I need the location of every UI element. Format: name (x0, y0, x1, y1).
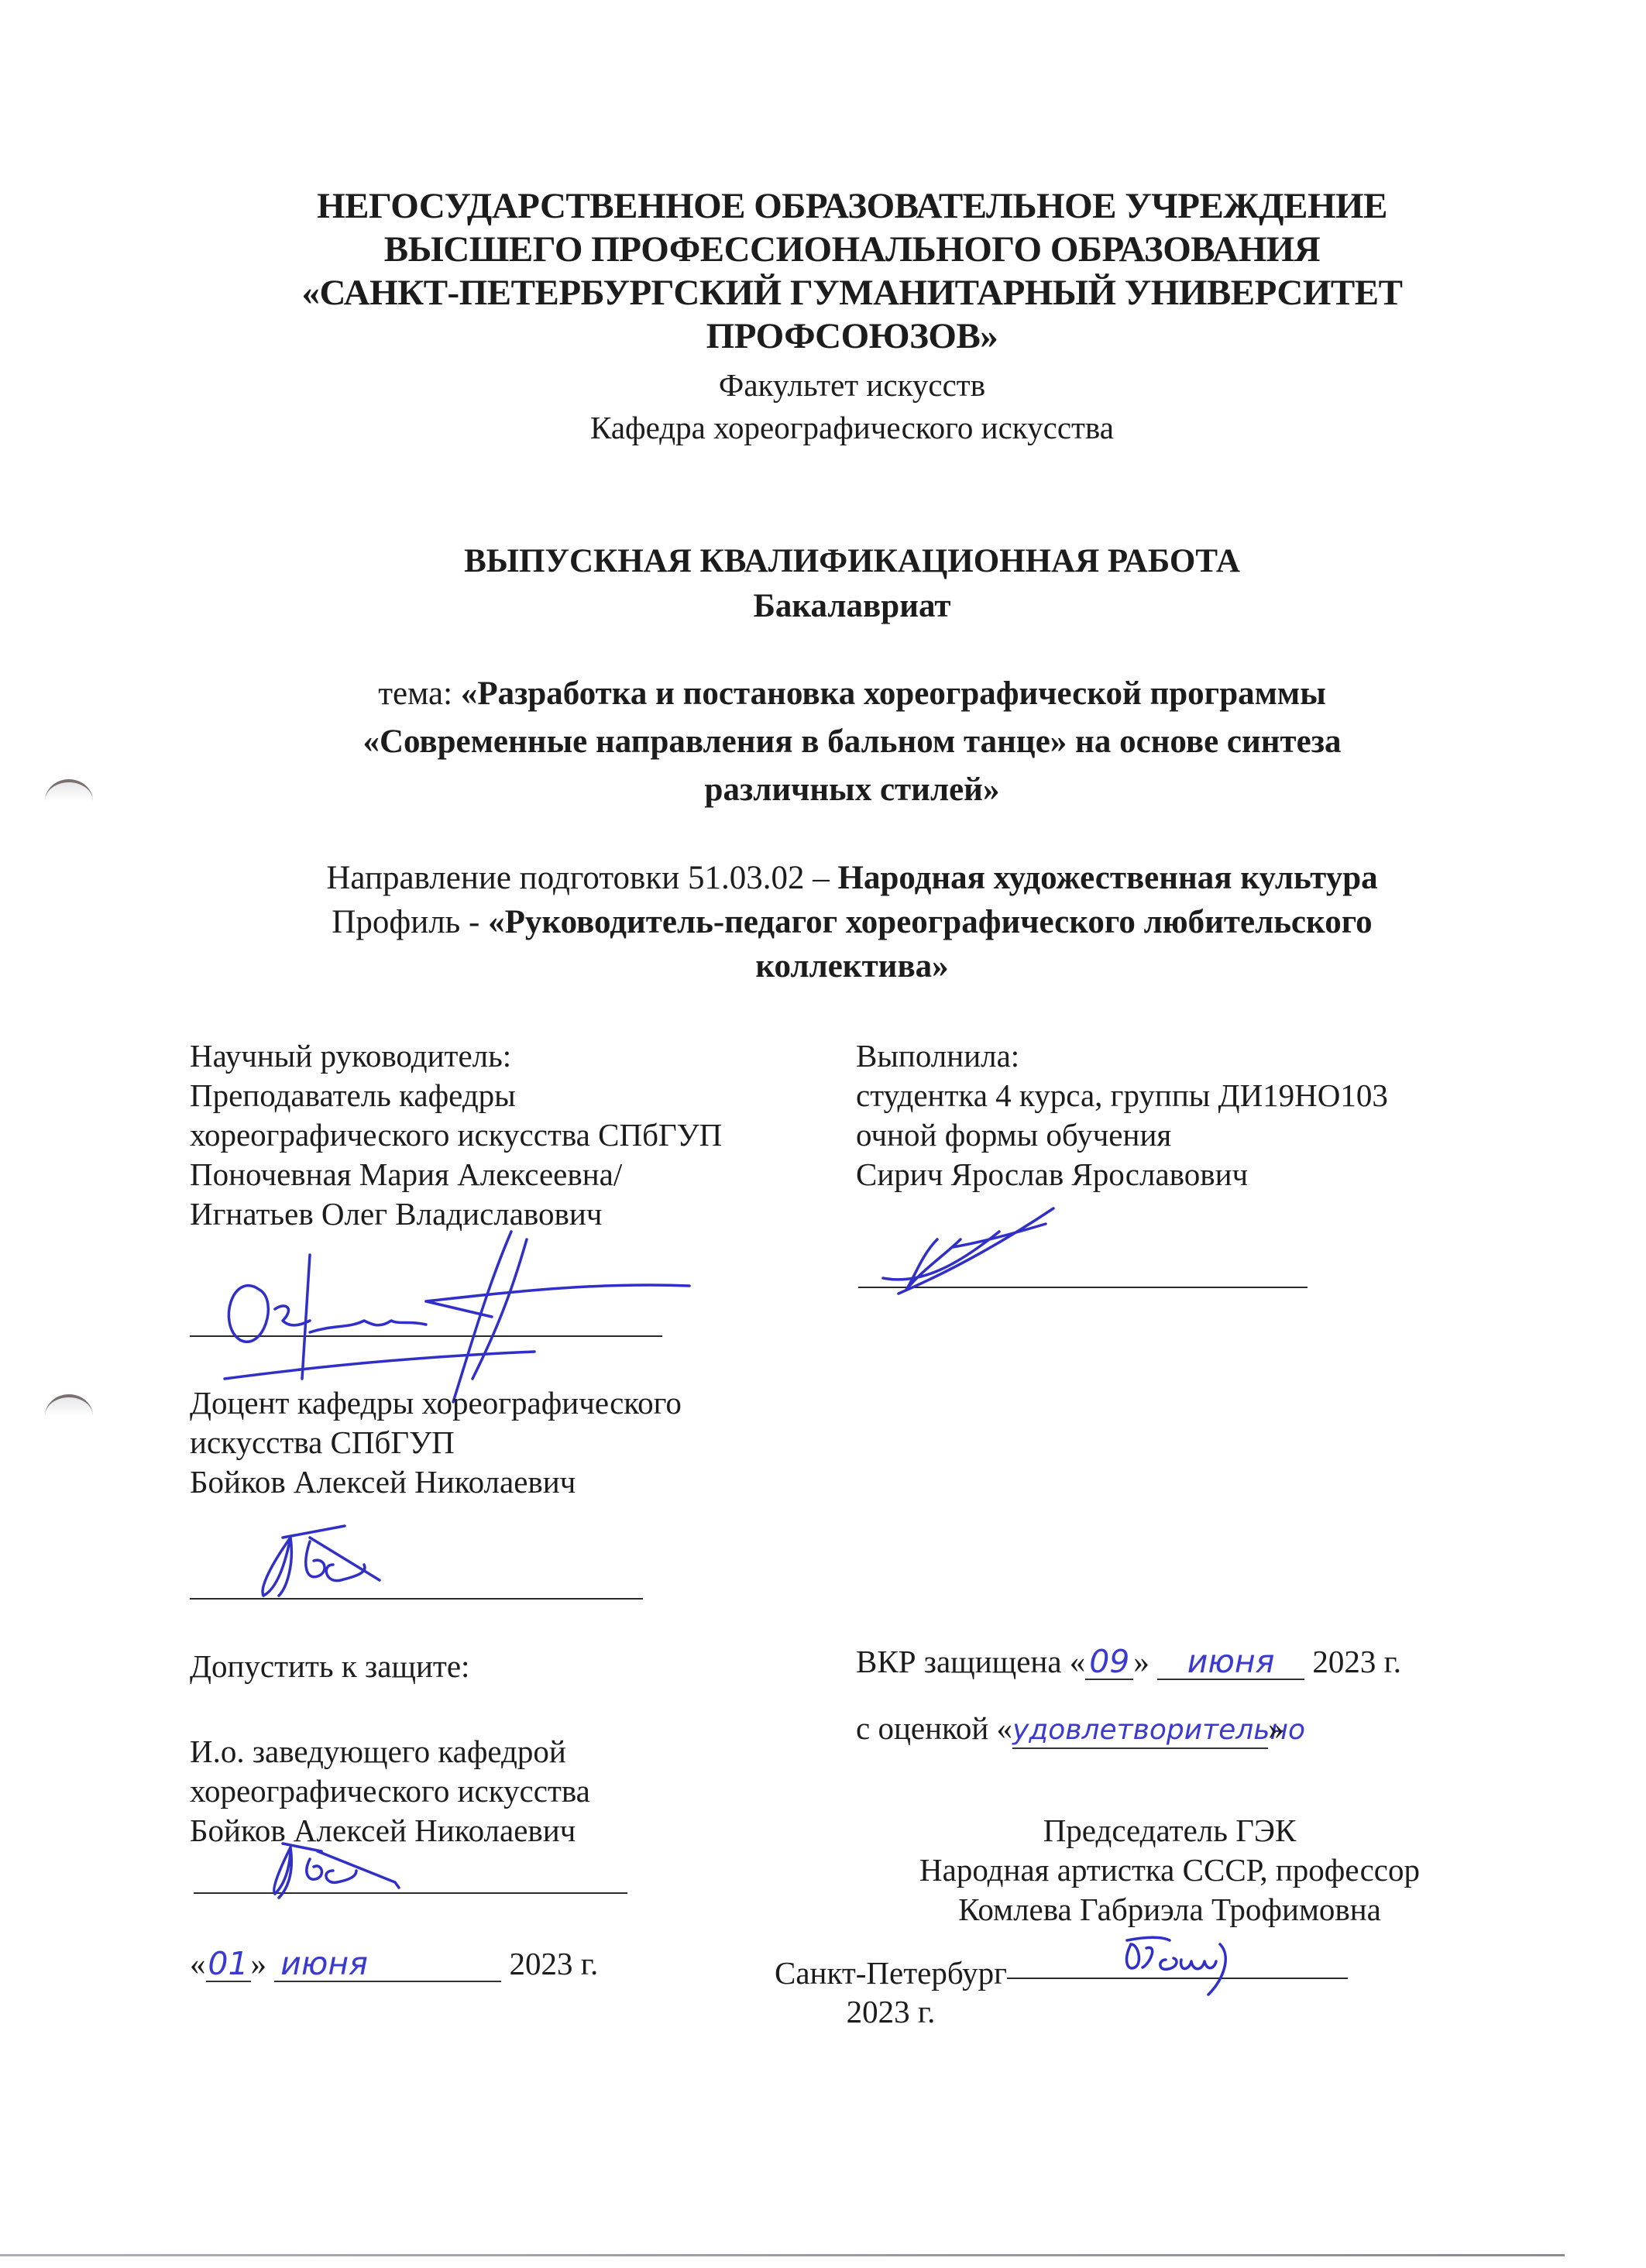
docent-signature (232, 1518, 434, 1603)
supervisor-block: Научный руководитель: Преподаватель кафе… (190, 1036, 825, 1234)
faculty-block: Факультет искусств Кафедра хореографичес… (194, 364, 1510, 449)
supervisor-line: Преподаватель кафедры (190, 1076, 825, 1115)
department-name: Кафедра хореографического искусства (194, 407, 1510, 449)
docent-line: искусства СПбГУП (190, 1423, 825, 1462)
direction-value: Народная художественная культура (838, 860, 1378, 896)
supervisor-line: хореографического искусства СПбГУП (190, 1115, 825, 1155)
author-line: Сирич Ярослав Ярославович (856, 1155, 1522, 1194)
grade-close-quote: » (1268, 1710, 1284, 1746)
author-line: студентка 4 курса, группы ДИ19НО103 (856, 1076, 1522, 1115)
institution-header: НЕГОСУДАРСТВЕННОЕ ОБРАЗОВАТЕЛЬНОЕ УЧРЕЖД… (194, 184, 1510, 358)
supervisor-line: Поночевная Мария Алексеевна/ (190, 1155, 825, 1194)
commission-block: Председатель ГЭК Народная артистка СССР,… (868, 1811, 1472, 1930)
author-signature (875, 1193, 1108, 1301)
defense-date: ВКР защищена «09» июня 2023 г. (856, 1642, 1522, 1682)
direction-label: Направление подготовки 51.03.02 – (326, 860, 837, 896)
work-type: ВЫПУСКНАЯ КВАЛИФИКАЦИОННАЯ РАБОТА (194, 539, 1510, 584)
author-heading: Выполнила: (856, 1036, 1522, 1076)
docent-line: Доцент кафедры хореографического (190, 1383, 825, 1423)
commission-signature (1115, 1929, 1255, 1998)
footer-year: 2023 г. (658, 1992, 1123, 2031)
faculty-name: Факультет искусств (194, 364, 1510, 407)
topic-block: тема: «Разработка и постановка хореограф… (194, 670, 1510, 814)
defense-year: 2023 г. (1312, 1644, 1401, 1679)
admission-month-field: июня (274, 1947, 501, 1982)
commission-line: Народная артистка СССР, профессор (868, 1850, 1472, 1890)
author-block: Выполнила: студентка 4 курса, группы ДИ1… (856, 1036, 1522, 1194)
direction-block: Направление подготовки 51.03.02 – Народн… (194, 856, 1510, 988)
grade-label: с оценкой « (856, 1710, 1012, 1746)
footer-block: Санкт-Петербург 2023 г. (658, 1954, 1123, 2031)
header-line-1: НЕГОСУДАРСТВЕННОЕ ОБРАЗОВАТЕЛЬНОЕ УЧРЕЖД… (194, 184, 1510, 228)
defense-day-field: 09 (1085, 1644, 1133, 1680)
supervisor-signature (186, 1224, 806, 1402)
admission-year: 2023 г. (510, 1946, 599, 1981)
defense-month-field: июня (1157, 1644, 1304, 1680)
topic-line-2: «Современные направления в бальном танце… (194, 718, 1510, 766)
punch-hole-top (45, 779, 93, 801)
docent-line: Бойков Алексей Николаевич (190, 1462, 825, 1502)
scan-edge-line (0, 2254, 1565, 2256)
work-title-block: ВЫПУСКНАЯ КВАЛИФИКАЦИОННАЯ РАБОТА Бакала… (194, 539, 1510, 629)
grade-field: удовлетворительно (1012, 1713, 1268, 1749)
punch-hole-bottom (45, 1394, 93, 1416)
header-line-4: ПРОФСОЮЗОВ» (194, 314, 1510, 358)
date-close-quote: » (251, 1946, 267, 1981)
header-line-3: «САНКТ-ПЕТЕРБУРГСКИЙ ГУМАНИТАРНЫЙ УНИВЕР… (194, 271, 1510, 314)
admission-line: И.о. заведующего кафедрой (190, 1732, 825, 1771)
defense-grade: с оценкой «удовлетворительно» (856, 1709, 1522, 1749)
admission-day-field: 01 (206, 1947, 251, 1982)
supervisor-heading: Научный руководитель: (190, 1036, 825, 1076)
topic-prefix: тема: (378, 675, 461, 712)
footer-city: Санкт-Петербург (658, 1954, 1123, 1992)
commission-line: Председатель ГЭК (868, 1811, 1472, 1850)
commission-line: Комлева Габриэла Трофимовна (868, 1890, 1472, 1930)
admission-heading: Допустить к защите: (190, 1647, 825, 1686)
defense-close-quote: » (1133, 1644, 1149, 1679)
header-line-2: ВЫСШЕГО ПРОФЕССИОНАЛЬНОГО ОБРАЗОВАНИЯ (194, 228, 1510, 271)
profile-line-2: коллектива» (194, 944, 1510, 988)
admission-block: Допустить к защите: И.о. заведующего каф… (190, 1647, 825, 1850)
author-line: очной формы обучения (856, 1115, 1522, 1155)
date-open-quote: « (190, 1946, 206, 1981)
admission-line: хореографического искусства (190, 1771, 825, 1811)
topic-line-1: «Разработка и постановка хореографическо… (461, 675, 1326, 712)
topic-line-3: различных стилей» (194, 766, 1510, 814)
document-page: НЕГОСУДАРСТВЕННОЕ ОБРАЗОВАТЕЛЬНОЕ УЧРЕЖД… (0, 0, 1646, 2268)
defense-label: ВКР защищена « (856, 1644, 1085, 1679)
profile-line-1: «Руководитель-педагог хореографического … (488, 904, 1373, 940)
work-level: Бакалавриат (194, 584, 1510, 629)
docent-block: Доцент кафедры хореографического искусст… (190, 1383, 825, 1502)
profile-label: Профиль - (332, 904, 488, 940)
admission-signature (256, 1840, 442, 1902)
